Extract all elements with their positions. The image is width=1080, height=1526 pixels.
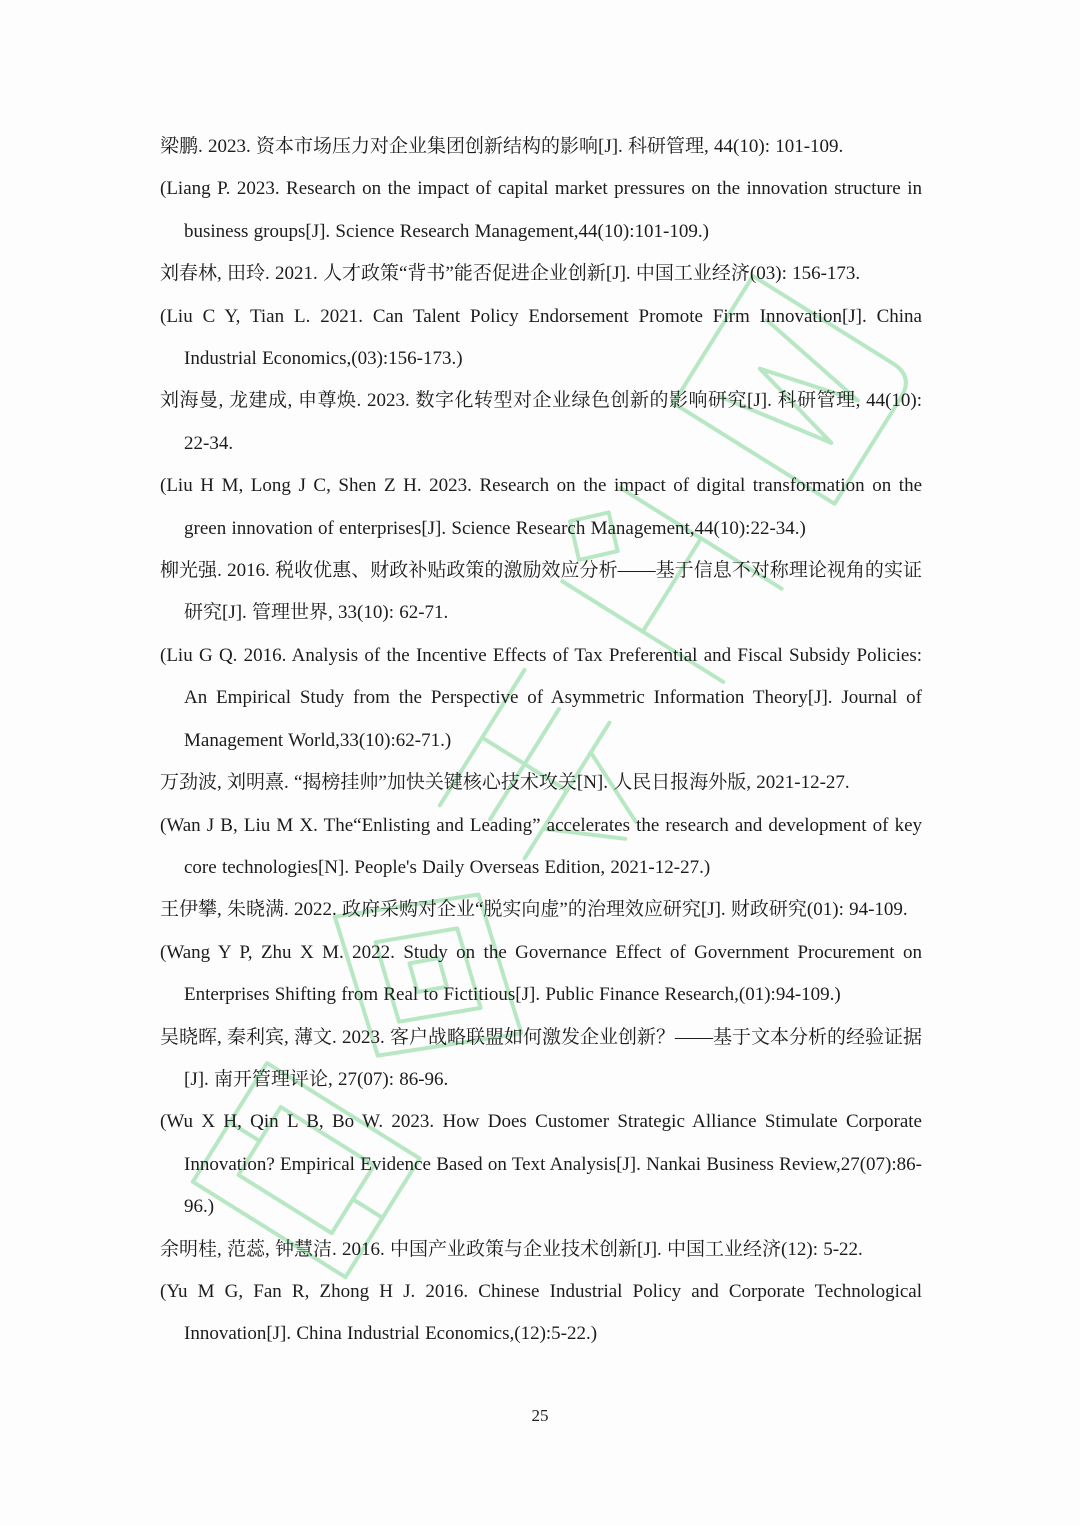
reference-entry: 余明桂, 范蕊, 钟慧洁. 2016. 中国产业政策与企业技术创新[J]. 中国… <box>160 1229 922 1271</box>
reference-entry: 万劲波, 刘明熹. “揭榜挂帅”加快关键核心技术攻关[N]. 人民日报海外版, … <box>160 762 922 804</box>
page-number: 25 <box>532 1406 549 1425</box>
reference-entry: 王伊攀, 朱晓满. 2022. 政府采购对企业“脱实向虚”的治理效应研究[J].… <box>160 889 922 931</box>
page-footer: 25 <box>0 1406 1080 1426</box>
reference-entry: 刘海曼, 龙建成, 申尊焕. 2023. 数字化转型对企业绿色创新的影响研究[J… <box>160 380 922 465</box>
reference-entry: (Yu M G, Fan R, Zhong H J. 2016. Chinese… <box>160 1271 922 1356</box>
reference-entry: (Wan J B, Liu M X. The“Enlisting and Lea… <box>160 805 922 890</box>
reference-entry: (Wang Y P, Zhu X M. 2022. Study on the G… <box>160 932 922 1017</box>
reference-entry: 刘春林, 田玲. 2021. 人才政策“背书”能否促进企业创新[J]. 中国工业… <box>160 253 922 295</box>
references-list: 梁鹏. 2023. 资本市场压力对企业集团创新结构的影响[J]. 科研管理, 4… <box>160 126 922 1356</box>
reference-entry: 吴晓晖, 秦利宾, 薄文. 2023. 客户战略联盟如何激发企业创新？——基于文… <box>160 1017 922 1102</box>
reference-entry: (Liu H M, Long J C, Shen Z H. 2023. Rese… <box>160 465 922 550</box>
reference-entry: (Liu G Q. 2016. Analysis of the Incentiv… <box>160 635 922 762</box>
reference-entry: 柳光强. 2016. 税收优惠、财政补贴政策的激励效应分析——基于信息不对称理论… <box>160 550 922 635</box>
reference-entry: (Wu X H, Qin L B, Bo W. 2023. How Does C… <box>160 1101 922 1228</box>
reference-entry: 梁鹏. 2023. 资本市场压力对企业集团创新结构的影响[J]. 科研管理, 4… <box>160 126 922 168</box>
reference-entry: (Liu C Y, Tian L. 2021. Can Talent Polic… <box>160 296 922 381</box>
reference-entry: (Liang P. 2023. Research on the impact o… <box>160 168 922 253</box>
